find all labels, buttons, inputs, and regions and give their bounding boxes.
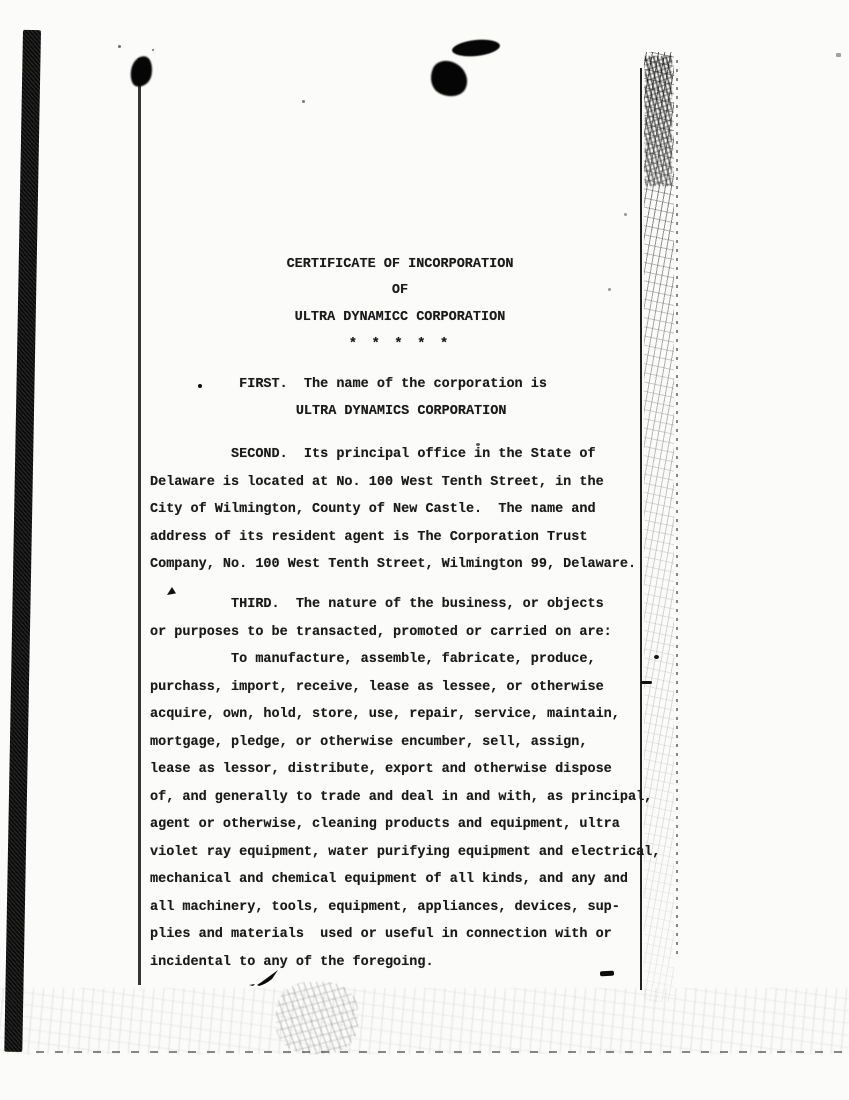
article-first-line: FIRST. The name of the corporation is — [150, 371, 670, 398]
scan-edge-bar — [4, 30, 41, 1052]
corporation-name-title: ULTRA DYNAMICC CORPORATION — [150, 305, 650, 331]
ink-speck — [302, 100, 305, 103]
ink-speck — [118, 45, 121, 48]
article-third-line: mortgage, pledge, or otherwise encumber,… — [150, 729, 670, 757]
article-first: FIRST. The name of the corporation is UL… — [150, 371, 670, 425]
document-title-of: OF — [150, 278, 650, 304]
article-third: THIRD. The nature of the business, or ob… — [150, 591, 670, 976]
article-third-line: mechanical and chemical equipment of all… — [150, 866, 670, 894]
article-third-line: acquire, own, hold, store, use, repair, … — [150, 701, 670, 729]
scan-noise-bottom — [0, 988, 849, 1054]
scanned-page: CERTIFICATE OF INCORPORATION OF ULTRA DY… — [0, 0, 849, 1100]
separator-stars: * * * * * — [150, 331, 650, 357]
article-second-line: SECOND. Its principal office in the Stat… — [150, 441, 670, 469]
page-edge-dotted-line — [676, 60, 678, 960]
bottom-dashed-line — [36, 1051, 849, 1053]
ink-blot — [128, 54, 154, 88]
ink-tick-corner — [836, 53, 841, 57]
article-third-line: THIRD. The nature of the business, or ob… — [150, 591, 670, 619]
ink-speck — [624, 213, 627, 216]
article-second: SECOND. Its principal office in the Stat… — [150, 441, 670, 579]
article-third-line: To manufacture, assemble, fabricate, pro… — [150, 646, 670, 674]
article-third-line: lease as lessor, distribute, export and … — [150, 756, 670, 784]
article-second-line: Company, No. 100 West Tenth Street, Wilm… — [150, 551, 670, 579]
page-fold-line — [138, 58, 141, 985]
article-third-line: violet ray equipment, water purifying eq… — [150, 839, 670, 867]
article-third-line: all machinery, tools, equipment, applian… — [150, 894, 670, 922]
ink-smudge-top — [451, 38, 500, 59]
article-third-line: plies and materials used or useful in co… — [150, 921, 670, 949]
article-third-line: agent or otherwise, cleaning products an… — [150, 811, 670, 839]
document-title-block: CERTIFICATE OF INCORPORATION OF ULTRA DY… — [150, 252, 650, 358]
ink-smudge-top-2 — [425, 56, 474, 103]
document-title: CERTIFICATE OF INCORPORATION — [150, 252, 650, 278]
ink-speck — [152, 49, 154, 51]
article-third-line: incidental to any of the foregoing. — [150, 949, 670, 977]
article-second-line: Delaware is located at No. 100 West Tent… — [150, 469, 670, 497]
article-third-line: purchass, import, receive, lease as less… — [150, 674, 670, 702]
article-third-line: of, and generally to trade and deal in a… — [150, 784, 670, 812]
corporation-name-line: ULTRA DYNAMICS CORPORATION — [150, 398, 670, 425]
article-third-line: or purposes to be transacted, promoted o… — [150, 619, 670, 647]
article-second-line: City of Wilmington, County of New Castle… — [150, 496, 670, 524]
scan-noise-patch — [276, 982, 358, 1054]
article-second-line: address of its resident agent is The Cor… — [150, 524, 670, 552]
